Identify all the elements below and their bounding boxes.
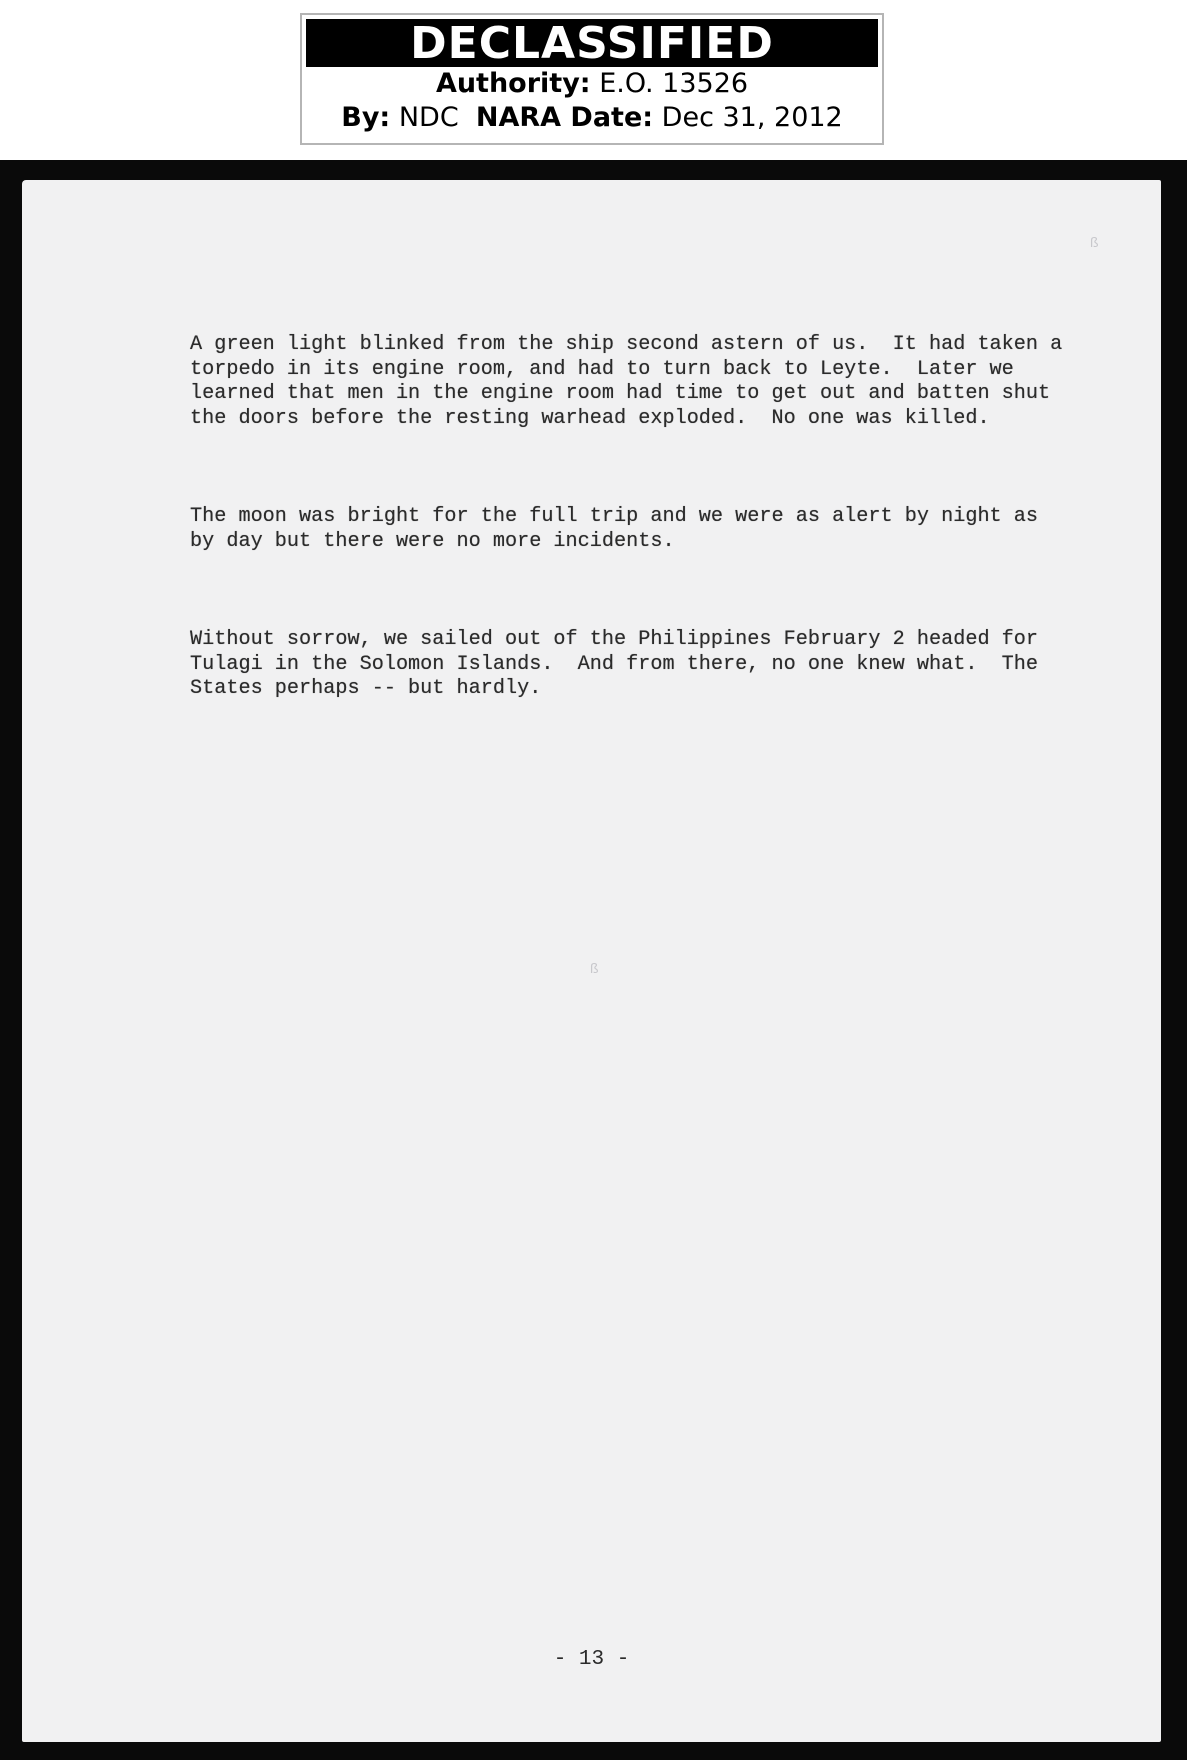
stamp-authority: Authority: E.O. 13526 (302, 67, 882, 101)
paragraph-3: Without sorrow, we sailed out of the Phi… (190, 628, 1090, 702)
margin-mark-top: ß (1090, 236, 1098, 252)
scanned-page-background: ß ß A green light blinked from the ship … (0, 160, 1187, 1760)
page-number: - 13 - (22, 1648, 1161, 1671)
paragraph-1: A green light blinked from the ship seco… (190, 333, 1090, 431)
by-value: NDC (399, 102, 459, 133)
document-body: A green light blinked from the ship seco… (190, 284, 1090, 776)
authority-value: E.O. 13526 (599, 68, 748, 99)
margin-mark-middle: ß (590, 962, 598, 978)
date-label: NARA Date: (476, 102, 653, 133)
date-value: Dec 31, 2012 (662, 102, 843, 133)
authority-label: Authority: (436, 68, 591, 99)
paragraph-2: The moon was bright for the full trip an… (190, 505, 1090, 554)
declassified-stamp: DECLASSIFIED Authority: E.O. 13526 By: N… (300, 13, 884, 145)
by-label: By: (341, 102, 390, 133)
typed-page: ß ß A green light blinked from the ship … (22, 180, 1161, 1742)
stamp-by-date: By: NDC NARA Date: Dec 31, 2012 (302, 101, 882, 135)
stamp-title: DECLASSIFIED (306, 19, 878, 67)
